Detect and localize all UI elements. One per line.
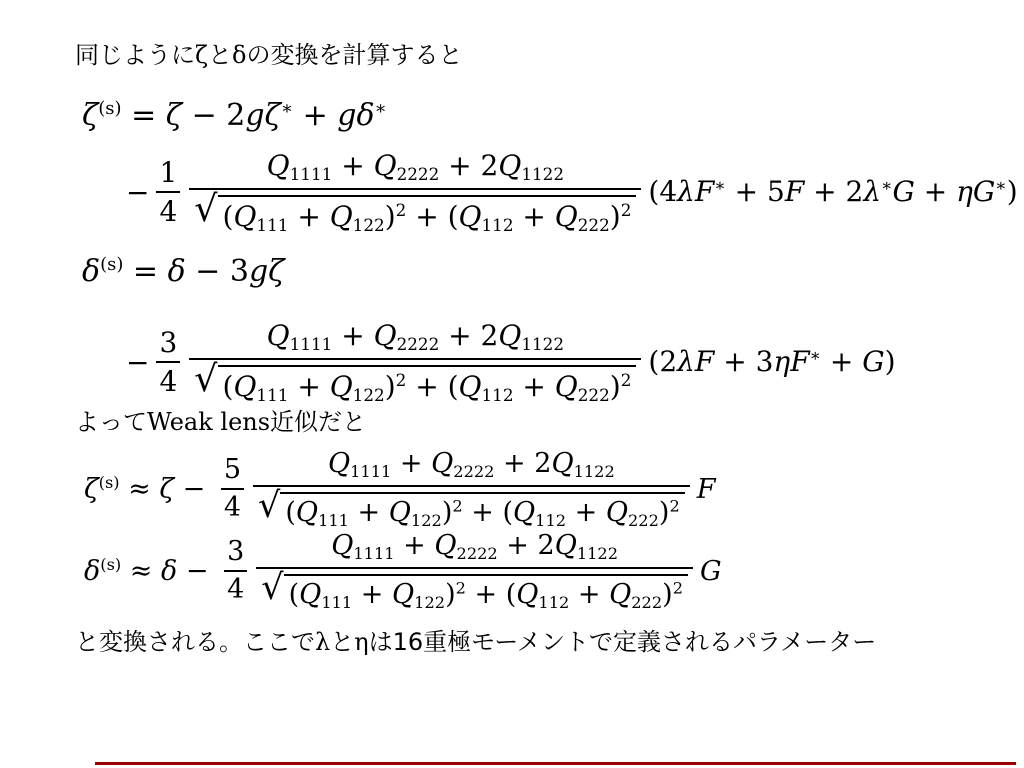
equation-delta-linear: δ(s) = δ − 3gζ (82, 253, 284, 291)
heading-weak-lens: よってWeak lens近似だと (75, 407, 366, 437)
heading-parameter-note: と変換される。ここでλとηは16重極モーメントで定義されるパラメーター (75, 627, 876, 657)
coef-denominator: 4 (224, 570, 247, 607)
q-ratio-radicand: (Q111 + Q122)2 + (Q112 + Q222)2 (284, 574, 688, 613)
q-ratio-numerator: Q1111 + Q2222 + 2Q1122 (255, 148, 576, 188)
coef-denominator: 4 (156, 191, 180, 229)
coefficient-fraction: 1 4 (156, 155, 180, 229)
equation-delta-fraction-term: − 3 4 Q1111 + Q2222 + 2Q1122 √ (Q111 + Q… (126, 318, 896, 406)
q-ratio-numerator: Q1111 + Q2222 + 2Q1122 (316, 447, 627, 485)
sqrt-radical-icon: √ (261, 570, 283, 605)
coef-numerator: 1 (156, 155, 180, 191)
q-ratio-denominator: √ (Q111 + Q122)2 + (Q112 + Q222)2 (256, 567, 693, 613)
equation-zeta-linear: ζ(s) = ζ − 2gζ∗ + gδ∗ (82, 97, 387, 135)
q-ratio-radicand: (Q111 + Q122)2 + (Q112 + Q222)2 (218, 365, 637, 406)
q-ratio-numerator: Q1111 + Q2222 + 2Q1122 (255, 318, 576, 358)
q-ratio-denominator: √ (Q111 + Q122)2 + (Q112 + Q222)2 (253, 485, 690, 531)
q-ratio-denominator: √ (Q111 + Q122)2 + (Q112 + Q222)2 (189, 188, 641, 236)
coef-numerator: 5 (221, 453, 244, 488)
q-moment-ratio: Q1111 + Q2222 + 2Q1122 √ (Q111 + Q122)2 … (253, 447, 690, 531)
q-moment-ratio: Q1111 + Q2222 + 2Q1122 √ (Q111 + Q122)2 … (189, 148, 641, 236)
lensing-factor: G (700, 556, 722, 587)
sqrt-radical-icon: √ (258, 488, 280, 523)
approx-lead: δ(s) ≈ δ − (84, 555, 217, 587)
coef-numerator: 3 (224, 535, 247, 570)
equation-zeta-fraction-term: − 1 4 Q1111 + Q2222 + 2Q1122 √ (Q111 + Q… (126, 148, 1018, 236)
q-moment-ratio: Q1111 + Q2222 + 2Q1122 √ (Q111 + Q122)2 … (256, 529, 693, 613)
slide-footer-line (95, 762, 1016, 765)
approx-lead: ζ(s) ≈ ζ − (84, 473, 214, 505)
q-ratio-radicand: (Q111 + Q122)2 + (Q112 + Q222)2 (218, 195, 637, 236)
coefficient-fraction: 3 4 (156, 325, 180, 399)
equation-delta-approx: δ(s) ≈ δ − 3 4 Q1111 + Q2222 + 2Q1122 √ … (84, 529, 722, 613)
sqrt-radical-icon: √ (194, 191, 217, 227)
q-ratio-radicand: (Q111 + Q122)2 + (Q112 + Q222)2 (280, 492, 684, 531)
slide-canvas: 同じようにζとδの変換を計算すると ζ(s) = ζ − 2gζ∗ + gδ∗ … (0, 0, 1024, 768)
lensing-factor: F (697, 474, 716, 505)
coef-numerator: 3 (156, 325, 180, 361)
minus-sign: − (126, 176, 149, 209)
coef-denominator: 4 (221, 488, 244, 525)
lensing-factor: (2λF + 3ηF∗ + G) (648, 345, 895, 378)
coefficient-fraction: 5 4 (221, 453, 244, 525)
q-ratio-denominator: √ (Q111 + Q122)2 + (Q112 + Q222)2 (189, 358, 641, 406)
q-ratio-numerator: Q1111 + Q2222 + 2Q1122 (319, 529, 630, 567)
q-moment-ratio: Q1111 + Q2222 + 2Q1122 √ (Q111 + Q122)2 … (189, 318, 641, 406)
sqrt-radical-icon: √ (194, 361, 217, 397)
minus-sign: − (126, 346, 149, 379)
lensing-factor: (4λF∗ + 5F + 2λ∗G + ηG∗) (648, 175, 1017, 208)
coefficient-fraction: 3 4 (224, 535, 247, 607)
coef-denominator: 4 (156, 361, 180, 399)
heading-transform-intro: 同じようにζとδの変換を計算すると (75, 40, 462, 70)
equation-zeta-approx: ζ(s) ≈ ζ − 5 4 Q1111 + Q2222 + 2Q1122 √ … (84, 447, 715, 531)
